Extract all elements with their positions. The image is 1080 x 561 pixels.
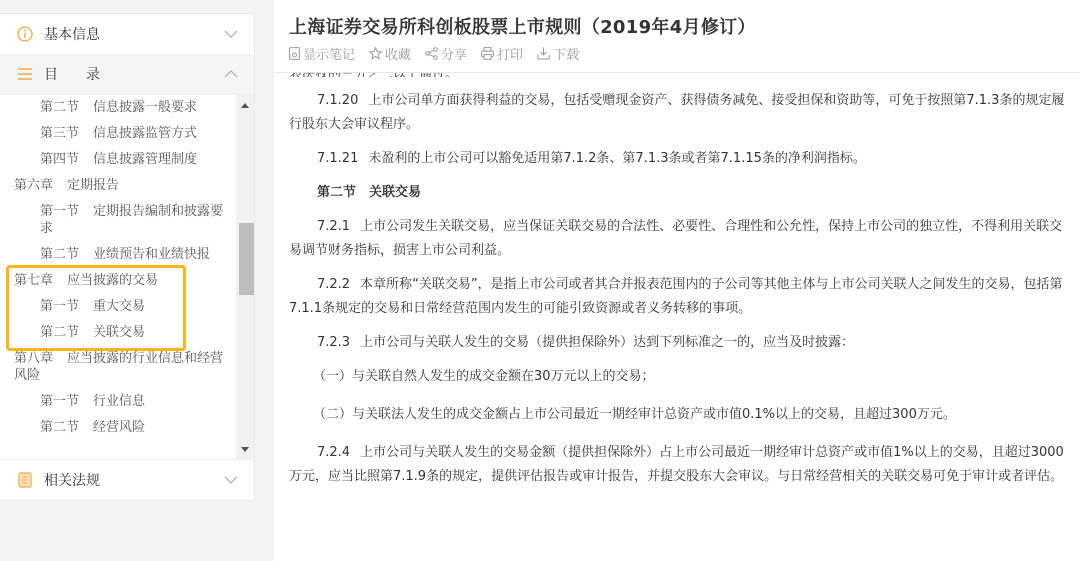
toc-list: 第二节信息披露一般要求 第三节信息披露监管方式 第四节信息披露管理制度 第六章定… [0,95,236,459]
toc-scrollbar[interactable] [236,95,254,459]
page: 基本信息 目 录 第二节信息披露一般要求 第三节信息披露监管方式 第四节信息披露… [0,0,1080,561]
section-heading: 第二节 关联交易 [289,181,1068,205]
document-body: 表决权的三分之二以上通过。 7.1.20上市公司单方面获得利益的交易，包括受赠现… [289,73,1068,561]
scroll-down-arrow-icon[interactable] [236,441,254,457]
toc-item[interactable]: 第三节信息披露监管方式 [10,121,236,147]
toc-item[interactable]: 第一节行业信息 [10,389,236,415]
section-toc-label: 目 录 [44,64,222,84]
document-icon [16,471,34,489]
article-paragraph: 7.2.1上市公司发生关联交易，应当保证关联交易的合法性、必要性、合理性和公允性… [289,215,1068,263]
document-title: 上海证券交易所科创板股票上市规则（2019年4月修订） [289,13,756,39]
toc-item[interactable]: 第二节经营风险 [10,415,236,441]
section-related-laws[interactable]: 相关法规 [0,460,254,500]
info-circle-icon [16,25,34,43]
article-paragraph: 7.1.21未盈利的上市公司可以豁免适用第7.1.2条、第7.1.3条或者第7.… [289,147,1068,171]
article-paragraph: 7.2.3上市公司与关联人发生的交易（提供担保除外）达到下列标准之一的，应当及时… [289,331,1068,355]
toc-item[interactable]: 第二节信息披露一般要求 [10,95,236,121]
document-panel: 上海证券交易所科创板股票上市规则（2019年4月修订） 显示笔记 收藏 分享 打… [274,0,1080,561]
toc-chapter-highlighted[interactable]: 第七章应当披露的交易 [10,268,236,294]
document-toolbar: 显示笔记 收藏 分享 打印 下载 [289,44,579,63]
scroll-up-arrow-icon[interactable] [236,97,254,113]
toc-item-highlighted[interactable]: 第二节关联交易 [10,320,236,346]
toc-panel: 第二节信息披露一般要求 第三节信息披露监管方式 第四节信息披露管理制度 第六章定… [0,94,254,460]
download-icon [537,47,550,60]
list-icon [16,65,34,83]
show-notes-button[interactable]: 显示笔记 [289,44,355,63]
chevron-down-icon[interactable] [222,25,240,43]
article-paragraph: 7.2.2本章所称“关联交易”，是指上市公司或者其合并报表范围内的子公司等其他主… [289,273,1068,321]
sidebar: 基本信息 目 录 第二节信息披露一般要求 第三节信息披露监管方式 第四节信息披露… [0,13,255,501]
list-item: （一）与关联自然人发生的成交金额在30万元以上的交易； [289,365,1068,389]
print-icon [481,47,494,60]
toc-chapter[interactable]: 第八章应当披露的行业信息和经营风险 [10,346,236,389]
toc-item[interactable]: 第四节信息披露管理制度 [10,147,236,173]
scrollbar-thumb[interactable] [239,223,254,295]
article-paragraph: 7.2.4上市公司与关联人发生的交易金额（提供担保除外）占上市公司最近一期经审计… [289,441,1068,489]
article-paragraph: 7.1.20上市公司单方面获得利益的交易，包括受赠现金资产、获得债务减免、接受担… [289,89,1068,137]
share-icon [425,47,438,60]
note-icon [289,47,300,60]
chevron-up-icon[interactable] [222,65,240,83]
list-item: （二）与关联法人发生的成交金额占上市公司最近一期经审计总资产或市值0.1%以上的… [289,403,1068,427]
star-icon [369,47,382,60]
section-basic-info[interactable]: 基本信息 [0,14,254,54]
download-button[interactable]: 下载 [537,44,579,63]
section-related-laws-label: 相关法规 [44,470,222,490]
section-toc[interactable]: 目 录 [0,54,254,94]
section-basic-info-label: 基本信息 [44,24,222,44]
toc-item-highlighted[interactable]: 第一节重大交易 [10,294,236,320]
toc-item[interactable]: 第二节业绩预告和业绩快报 [10,242,236,268]
toc-item[interactable]: 第一节定期报告编制和披露要求 [10,199,236,242]
print-button[interactable]: 打印 [481,44,523,63]
share-button[interactable]: 分享 [425,44,467,63]
toc-chapter[interactable]: 第六章定期报告 [10,173,236,199]
chevron-down-icon[interactable] [222,471,240,489]
partial-text-line: 表决权的三分之二以上通过。 [289,73,1068,77]
favorite-button[interactable]: 收藏 [369,44,411,63]
